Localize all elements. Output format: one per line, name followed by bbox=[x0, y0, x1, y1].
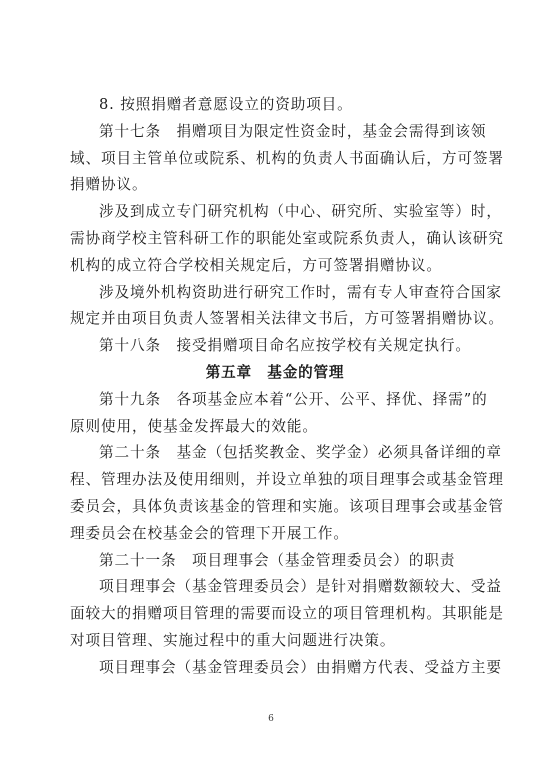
paragraph-line: 规定并由项目负责人签署相关法律文书后，方可签署捐赠协议。 bbox=[70, 306, 480, 333]
page-number: 6 bbox=[0, 714, 542, 724]
council-definition-paragraph: 项目理事会（基金管理委员会）是针对捐赠数额较大、受益 bbox=[70, 574, 480, 601]
paragraph-line: 域、项目主管单位或院系、机构的负责人书面确认后，方可签署 bbox=[70, 146, 480, 173]
paragraph-line: 面较大的捐赠项目管理的需要而设立的项目管理机构。其职能是 bbox=[70, 601, 480, 628]
overseas-funding-paragraph: 涉及境外机构资助进行研究工作时，需有专人审查符合国家 bbox=[70, 280, 480, 307]
council-composition-paragraph: 项目理事会（基金管理委员会）由捐赠方代表、受益方主要 bbox=[70, 655, 480, 682]
paragraph-line: 机构的成立符合学校相关规定后，方可签署捐赠协议。 bbox=[70, 253, 480, 280]
document-page: 8. 按照捐赠者意愿设立的资助项目。 第十七条 捐赠项目为限定性资金时，基金会需… bbox=[0, 0, 542, 768]
chapter-heading: 第五章 基金的管理 bbox=[70, 360, 480, 387]
article-21-paragraph: 第二十一条 项目理事会（基金管理委员会）的职责 bbox=[70, 548, 480, 575]
paragraph-line: 原则使用，使基金发挥最大的效能。 bbox=[70, 414, 480, 441]
paragraph-line: 理委员会在校基金会的管理下开展工作。 bbox=[70, 521, 480, 548]
paragraph-line: 对项目管理、实施过程中的重大问题进行决策。 bbox=[70, 628, 480, 655]
list-item-8: 8. 按照捐赠者意愿设立的资助项目。 bbox=[70, 92, 480, 119]
paragraph-line: 程、管理办法及使用细则，并设立单独的项目理事会或基金管理 bbox=[70, 467, 480, 494]
article-18-paragraph: 第十八条 接受捐赠项目命名应按学校有关规定执行。 bbox=[70, 333, 480, 360]
research-institution-paragraph: 涉及到成立专门研究机构（中心、研究所、实验室等）时， bbox=[70, 199, 480, 226]
paragraph-line: 委员会，具体负责该基金的管理和实施。该项目理事会或基金管 bbox=[70, 494, 480, 521]
article-17-paragraph: 第十七条 捐赠项目为限定性资金时，基金会需得到该领 bbox=[70, 119, 480, 146]
paragraph-line: 捐赠协议。 bbox=[70, 172, 480, 199]
article-20-paragraph: 第二十条 基金（包括奖教金、奖学金）必须具备详细的章 bbox=[70, 440, 480, 467]
document-body: 8. 按照捐赠者意愿设立的资助项目。 第十七条 捐赠项目为限定性资金时，基金会需… bbox=[70, 92, 480, 682]
article-19-paragraph: 第十九条 各项基金应本着“公开、公平、择优、择需”的 bbox=[70, 387, 480, 414]
paragraph-line: 需协商学校主管科研工作的职能处室或院系负责人，确认该研究 bbox=[70, 226, 480, 253]
